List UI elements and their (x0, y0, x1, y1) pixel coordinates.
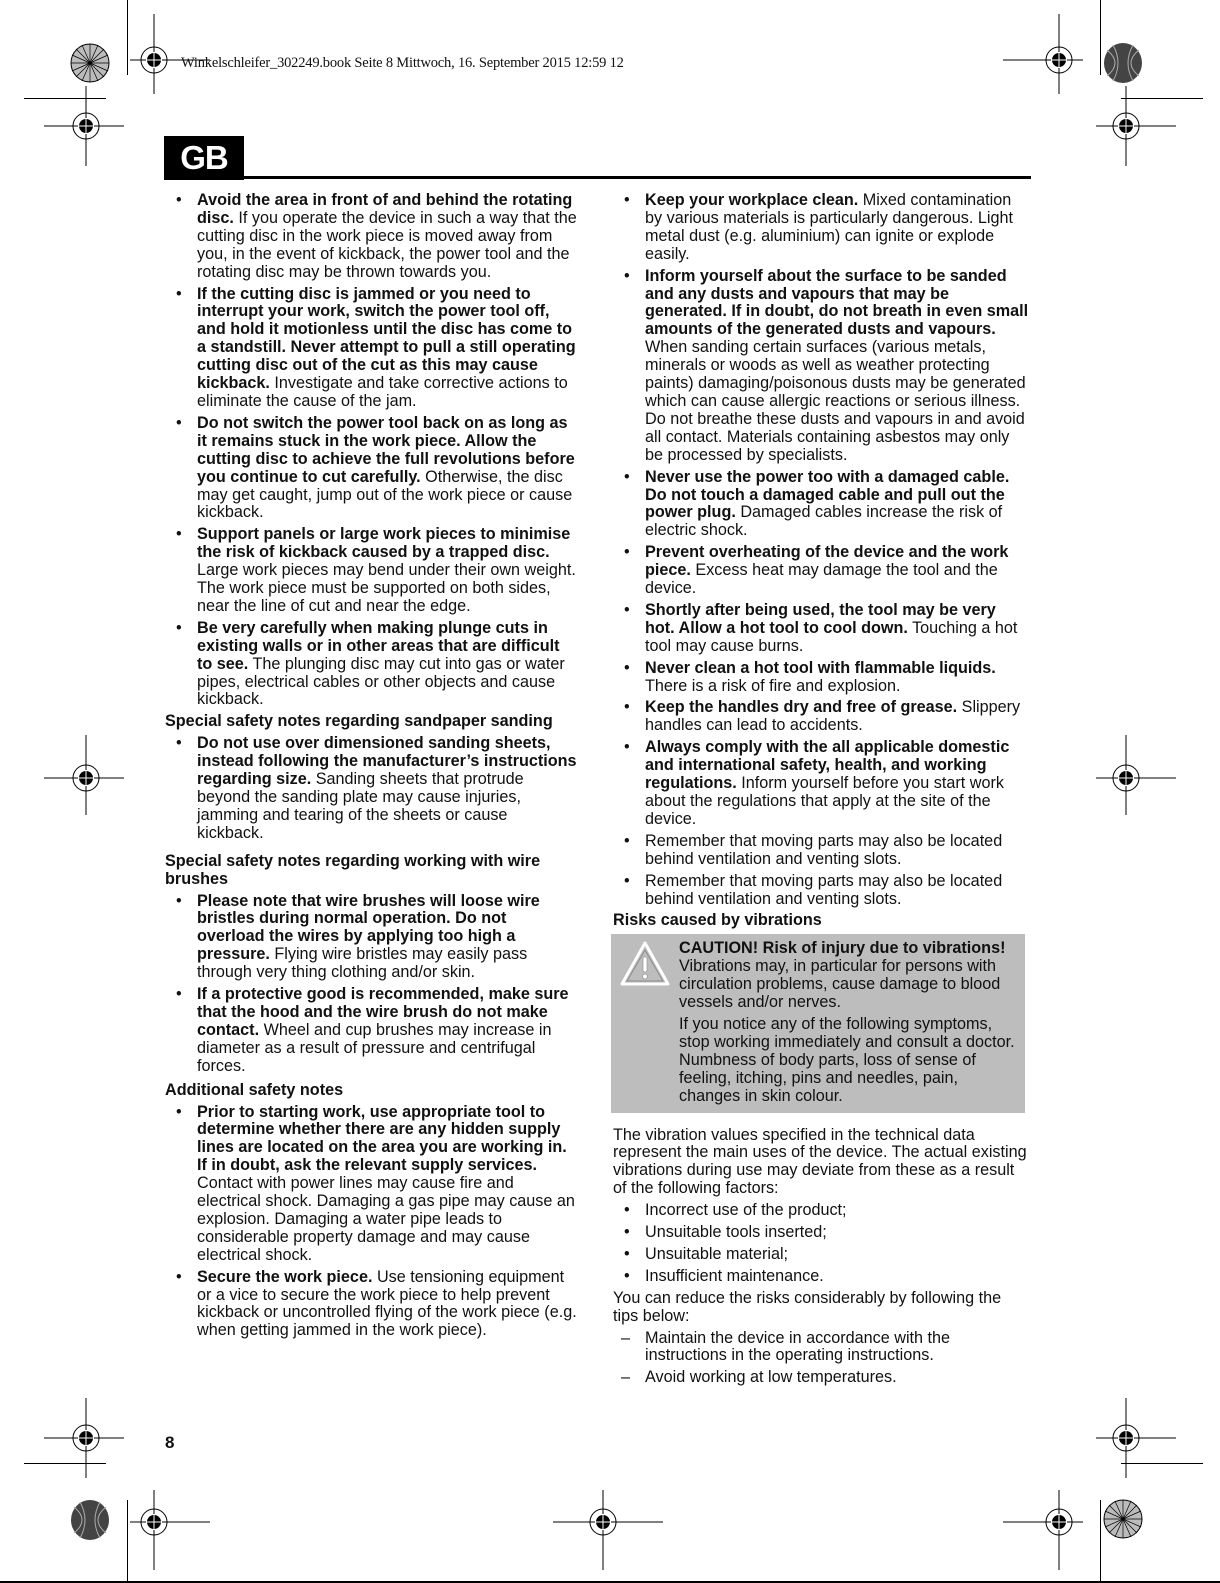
list-item: •Please note that wire brushes will loos… (165, 893, 577, 983)
left-column: •Avoid the area in front of and behind t… (165, 192, 577, 1344)
list-item: •Shortly after being used, the tool may … (613, 602, 1029, 656)
section-heading: Additional safety notes (165, 1082, 577, 1100)
registration-mark-icon (44, 735, 124, 815)
list-item: •If a protective good is recommended, ma… (165, 986, 577, 1076)
registration-mark-icon (1096, 1398, 1176, 1478)
registration-mark-icon (1003, 1490, 1083, 1570)
vibration-values-paragraph: The vibration values specified in the te… (613, 1127, 1029, 1199)
list-item: •Support panels or large work pieces to … (165, 526, 577, 616)
crop-mark-line (1100, 0, 1101, 75)
language-tab: GB (164, 136, 244, 180)
caution-symptoms: If you notice any of the following sympt… (679, 1016, 1017, 1106)
moire-target-icon (1103, 42, 1143, 84)
list-item: •Prevent overheating of the device and t… (613, 544, 1029, 598)
section-heading: Special safety notes regarding working w… (165, 853, 577, 889)
list-item: •Secure the work piece. Use tensioning e… (165, 1269, 577, 1341)
registration-mark-icon (44, 86, 124, 166)
wire-brush-list: •Please note that wire brushes will loos… (165, 893, 577, 1076)
list-item: –Maintain the device in accordance with … (613, 1330, 1029, 1366)
caution-box: CAUTION! Risk of injury due to vibration… (611, 934, 1025, 1112)
safety-list: •Avoid the area in front of and behind t… (165, 192, 577, 709)
warning-triangle-icon (619, 940, 671, 988)
factors-list: •Incorrect use of the product; •Unsuitab… (613, 1202, 1029, 1286)
list-item: •Unsuitable material; (613, 1246, 1029, 1264)
section-heading: Risks caused by vibrations (613, 912, 1029, 930)
list-item: •Remember that moving parts may also be … (613, 873, 1029, 909)
list-item: •Keep your workplace clean. Mixed contam… (613, 192, 1029, 264)
registration-mark-icon (553, 1490, 663, 1570)
registration-mark-icon (130, 14, 210, 94)
list-item: •Do not use over dimensioned sanding she… (165, 735, 577, 842)
list-item: •Never clean a hot tool with flammable l… (613, 660, 1029, 696)
star-target-icon (1103, 1499, 1143, 1539)
list-item: •Incorrect use of the product; (613, 1202, 1029, 1220)
crop-mark-line (127, 0, 128, 75)
registration-mark-icon (130, 1490, 210, 1570)
tips-list: –Maintain the device in accordance with … (613, 1330, 1029, 1388)
list-item: •If the cutting disc is jammed or you ne… (165, 286, 577, 411)
section-heading: Special safety notes regarding sandpaper… (165, 713, 577, 731)
list-item: •Prior to starting work, use appropriate… (165, 1104, 577, 1265)
header-rule (244, 176, 1031, 179)
list-item: •Insufficient maintenance. (613, 1268, 1029, 1286)
list-item: •Keep the handles dry and free of grease… (613, 699, 1029, 735)
list-item: –Avoid working at low temperatures. (613, 1369, 1029, 1387)
list-item: •Remember that moving parts may also be … (613, 833, 1029, 869)
caution-text: CAUTION! Risk of injury due to vibration… (679, 940, 1017, 1012)
sandpaper-list: •Do not use over dimensioned sanding she… (165, 735, 577, 842)
page-number: 8 (165, 1433, 174, 1453)
star-target-icon (70, 43, 110, 83)
list-item: •Unsuitable tools inserted; (613, 1224, 1029, 1242)
print-slug: Winkelschleifer_302249.book Seite 8 Mitt… (181, 55, 624, 72)
registration-mark-icon (1096, 86, 1176, 166)
registration-mark-icon (44, 1398, 124, 1478)
list-item: •Never use the power too with a damaged … (613, 469, 1029, 541)
registration-mark-icon (1096, 735, 1176, 815)
moire-target-icon (70, 1499, 110, 1541)
list-item: •Avoid the area in front of and behind t… (165, 192, 577, 282)
list-item: •Inform yourself about the surface to be… (613, 268, 1029, 465)
registration-mark-icon (1003, 14, 1083, 94)
reduce-risks-paragraph: You can reduce the risks considerably by… (613, 1290, 1029, 1326)
list-item: •Do not switch the power tool back on as… (165, 415, 577, 522)
crop-mark-line (127, 1500, 128, 1583)
safety-list: •Keep your workplace clean. Mixed contam… (613, 192, 1029, 908)
crop-mark-line (1100, 1500, 1101, 1583)
list-item: •Always comply with the all applicable d… (613, 739, 1029, 829)
right-column: •Keep your workplace clean. Mixed contam… (617, 192, 1029, 1391)
list-item: •Be very carefully when making plunge cu… (165, 620, 577, 710)
additional-list: •Prior to starting work, use appropriate… (165, 1104, 577, 1341)
